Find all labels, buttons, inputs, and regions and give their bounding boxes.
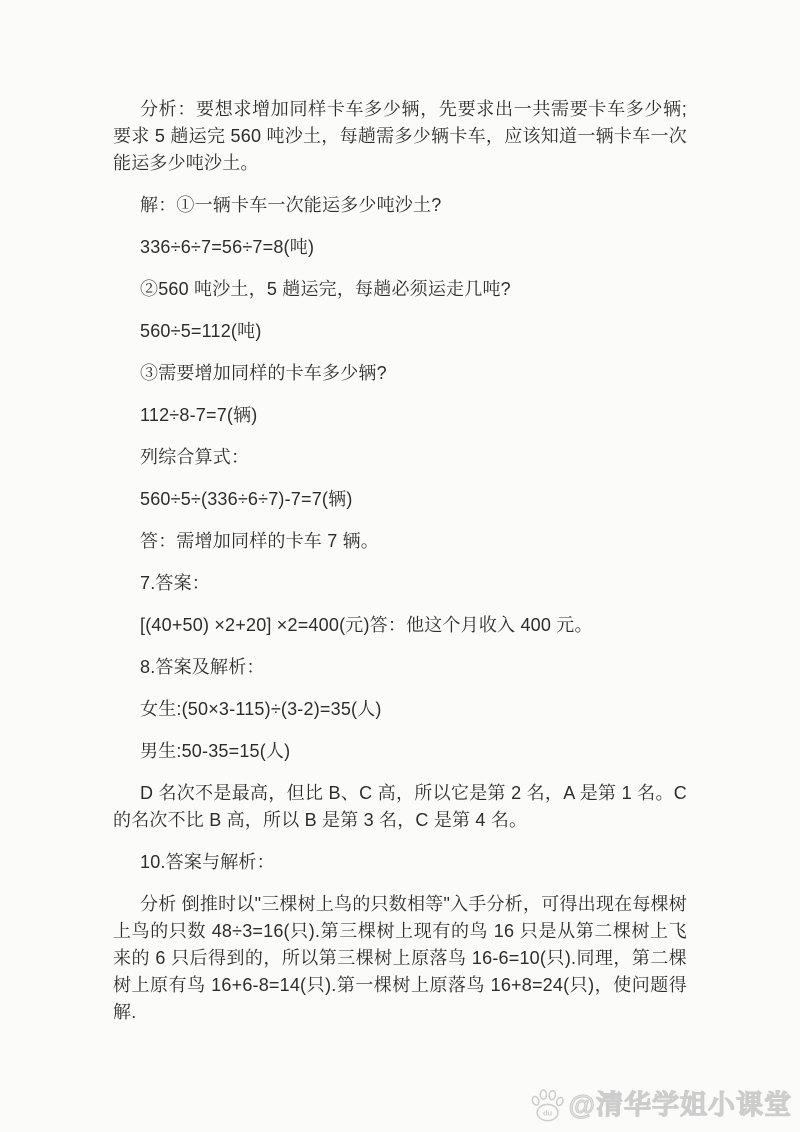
answer-sheet-text: 分析：要想求增加同样卡车多少辆，先要求出一共需要卡车多少辆;要求 5 趟运完 5… bbox=[113, 96, 687, 1041]
equation-step-3: 112÷8-7=7(辆) bbox=[113, 402, 687, 429]
section-heading-answer-8: 8.答案及解析： bbox=[113, 654, 687, 681]
document-page: 分析：要想求增加同样卡车多少辆，先要求出一共需要卡车多少辆;要求 5 趟运完 5… bbox=[0, 0, 800, 1132]
reasoning-ranking-paragraph: D 名次不是最高，但比 B、C 高，所以它是第 2 名，A 是第 1 名。C 的… bbox=[113, 780, 687, 834]
combined-expression: 560÷5÷(336÷6÷7)-7=7(辆) bbox=[113, 486, 687, 513]
analysis-paragraph-birds: 分析 倒推时以"三棵树上鸟的只数相等"入手分析，可得出现在每棵树上鸟的只数 48… bbox=[113, 891, 687, 1026]
baidu-paw-icon: du bbox=[528, 1088, 566, 1122]
solution-step-3-question: ③需要增加同样的卡车多少辆? bbox=[113, 360, 687, 387]
watermark: du @清华学姐小课堂 bbox=[528, 1088, 792, 1122]
analysis-paragraph-trucks: 分析：要想求增加同样卡车多少辆，先要求出一共需要卡车多少辆;要求 5 趟运完 5… bbox=[113, 96, 687, 177]
equation-step-2: 560÷5=112(吨) bbox=[113, 318, 687, 345]
equation-step-1: 336÷6÷7=56÷7=8(吨) bbox=[113, 234, 687, 261]
equation-girls: 女生:(50×3-115)÷(3-2)=35(人) bbox=[113, 696, 687, 723]
svg-text:du: du bbox=[543, 1108, 553, 1117]
answer-7-equation: [(40+50) ×2+20] ×2=400(元)答：他这个月收入 400 元。 bbox=[113, 612, 687, 639]
section-heading-answer-10: 10.答案与解析： bbox=[113, 849, 687, 876]
solution-step-1-question: 解：①一辆卡车一次能运多少吨沙土? bbox=[113, 192, 687, 219]
watermark-handle: @清华学姐小课堂 bbox=[569, 1092, 792, 1119]
section-heading-answer-7: 7.答案： bbox=[113, 570, 687, 597]
equation-boys: 男生:50-35=15(人) bbox=[113, 738, 687, 765]
combined-expression-label: 列综合算式： bbox=[113, 444, 687, 471]
solution-step-2-question: ②560 吨沙土，5 趟运完，每趟必须运走几吨? bbox=[113, 276, 687, 303]
answer-statement-trucks: 答：需增加同样的卡车 7 辆。 bbox=[113, 528, 687, 555]
